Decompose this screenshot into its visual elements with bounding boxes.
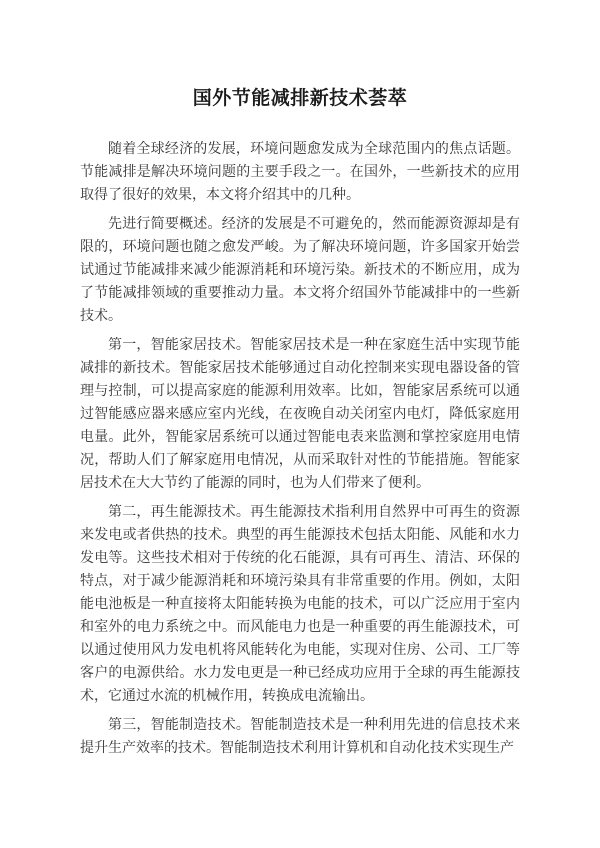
paragraph-smart-home: 第一，智能家居技术。智能家居技术是一种在家庭生活中实现节能减排的新技术。智能家居… [80, 333, 520, 494]
document-page: 国外节能减排新技术荟萃 随着全球经济的发展，环境问题愈发成为全球范围内的焦点话题… [0, 0, 600, 848]
paragraph-intro: 随着全球经济的发展，环境问题愈发成为全球范围内的焦点话题。节能减排是解决环境问题… [80, 137, 520, 206]
paragraph-smart-manufacturing-truncated: 第三，智能制造技术。智能制造技术是一种利用先进的信息技术来提升生产效率的技术。智… [80, 713, 520, 759]
document-title: 国外节能减排新技术荟萃 [80, 86, 520, 112]
paragraph-overview: 先进行简要概述。经济的发展是不可避免的，然而能源资源却是有限的，环境问题也随之愈… [80, 212, 520, 327]
paragraph-renewable-energy: 第二，再生能源技术。再生能源技术指利用自然界中可再生的资源来发电或者供热的技术。… [80, 500, 520, 707]
